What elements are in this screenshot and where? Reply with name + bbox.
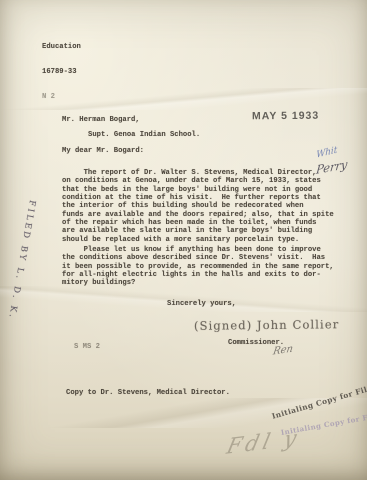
- filed-by-stamp: FILED BY L. D. K.: [6, 199, 37, 320]
- valediction: Sincerely yours,: [167, 300, 236, 308]
- addressee-name: Mr. Herman Bogard,: [62, 116, 140, 124]
- copy-notation: Copy to Dr. Stevens, Medical Director.: [66, 389, 230, 397]
- body-paragraph-1: The report of Dr. Walter S. Stevens, Med…: [62, 169, 350, 244]
- addressee-title: Supt. Genoa Indian School.: [88, 131, 200, 139]
- salutation: My dear Mr. Bogard:: [62, 147, 144, 155]
- file-code-subject: Education: [42, 43, 81, 51]
- commissioner-initials-scrawl: Ren: [272, 343, 294, 357]
- file-code-number: 16789-33: [42, 68, 81, 76]
- received-date-stamp: MAY 5 1933: [252, 110, 319, 123]
- stenographer-code: S MS 2: [74, 343, 100, 351]
- signature-stamp: (Signed) John Collier: [194, 317, 339, 333]
- body-paragraph-2: Please let us know if anything has been …: [62, 246, 350, 288]
- file-code-block: Education 16789-33 N 2: [42, 26, 81, 118]
- letter-page: Education 16789-33 N 2 MAY 5 1933 Mr. He…: [0, 0, 367, 480]
- bottom-pencil-scrawl: Fdl y: [224, 425, 302, 459]
- file-code-initials: N 2: [42, 93, 81, 101]
